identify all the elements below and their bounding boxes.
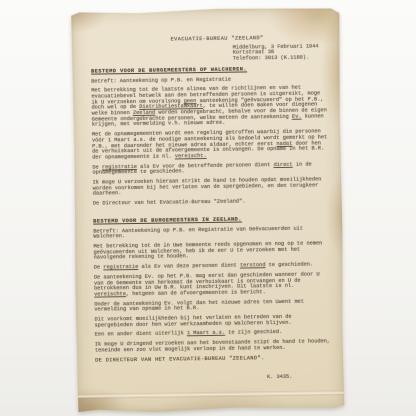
- underlined-word: registratie: [103, 264, 138, 270]
- document-paper-wrapper: EVACUATIE-BUREAU "ZEELAND" Middelburg, 3…: [71, 7, 345, 413]
- body-paragraph: Een en ander dient uiterlijk 1 Maart a.s…: [95, 330, 332, 339]
- underlined-word: Ev.: [292, 113, 302, 119]
- reference-number: K. 3435.: [95, 375, 332, 384]
- underlined-phrase: 1 Maart a.s.: [187, 330, 225, 337]
- body-paragraph: Met betrekking tot de in Uwe Gemeente re…: [93, 241, 330, 261]
- corner-wrinkle: [77, 397, 141, 413]
- paragraph-text: te zijn geschied.: [225, 329, 282, 336]
- body-paragraph: Ik moge U dringend verzoeken aan het bov…: [95, 339, 332, 354]
- signoff-directeur-walcheren: De Directeur van het Evacuatie-Bureau "Z…: [93, 198, 330, 207]
- heading-burgemeesters-walcheren: BESTEMD VOOR DE BURGEMEESTERS OP WALCHER…: [91, 66, 328, 75]
- heading-burgemeesters-zeeland: BESTEMD VOOR DE BURGEMEESTERS IN ZEELAND…: [93, 216, 330, 225]
- body-paragraph: Ik moge U verzoeken hieraan strikt de ha…: [93, 177, 330, 197]
- body-paragraph: De registratie als Ev voor de betreffend…: [92, 162, 329, 177]
- body-paragraph: Met betrekking tot de laatste alinea van…: [91, 86, 329, 129]
- body-paragraph: De registratie als Ev van deze personen …: [94, 262, 331, 271]
- paragraph-text: als Ev van deze personen dient: [138, 263, 240, 270]
- letterhead-date-block: Middelburg, 3 Februari 1944 Kortstraat 3…: [233, 44, 328, 62]
- paragraph-text: te geschieden.: [265, 262, 313, 269]
- signoff-directeur-zeeland: DE DIRECTEUR VAN HET EVACUATIE-BUREAU "Z…: [95, 355, 332, 364]
- underlined-word: terstond: [240, 262, 266, 268]
- paragraph-text: De aanteekening Ev. op het P.B. mag eers…: [94, 271, 320, 292]
- underlined-word: vereischt.: [175, 153, 207, 159]
- letter-content: EVACUATIE-BUREAU "ZEELAND" Middelburg, 3…: [71, 7, 344, 384]
- paragraph-text: Een en ander dient uiterlijk: [95, 331, 187, 338]
- body-paragraph: Onder de aanteekening Ev. volgt dan het …: [94, 299, 331, 314]
- underlined-word: vereischte: [94, 291, 126, 297]
- document-paper: EVACUATIE-BUREAU "ZEELAND" Middelburg, 3…: [71, 7, 345, 413]
- body-paragraph: Dit voorkomt moeilijkheden bij het verla…: [94, 314, 331, 329]
- body-paragraph: De aanteekening Ev. op het P.B. mag eers…: [94, 272, 331, 298]
- underlined-word: direct: [274, 161, 293, 167]
- paragraph-text: De: [94, 265, 104, 271]
- subject-line-zeeland: Betreft: Aanteekening op P.B. en Registr…: [93, 226, 330, 241]
- photo-background: { "colors": { "photo_background": "#f6f5…: [0, 0, 416, 416]
- phone-line: Telefoon: 3013 (K.1180).: [233, 55, 328, 62]
- subject-line-walcheren: Betreft: Aanteekening op P.B. en Registr…: [91, 76, 328, 85]
- paragraph-text: , hetgeen aan de afvoergemeenten is beri…: [126, 289, 266, 297]
- body-paragraph: Met de opnamegemeenten wordt een regelin…: [92, 129, 329, 161]
